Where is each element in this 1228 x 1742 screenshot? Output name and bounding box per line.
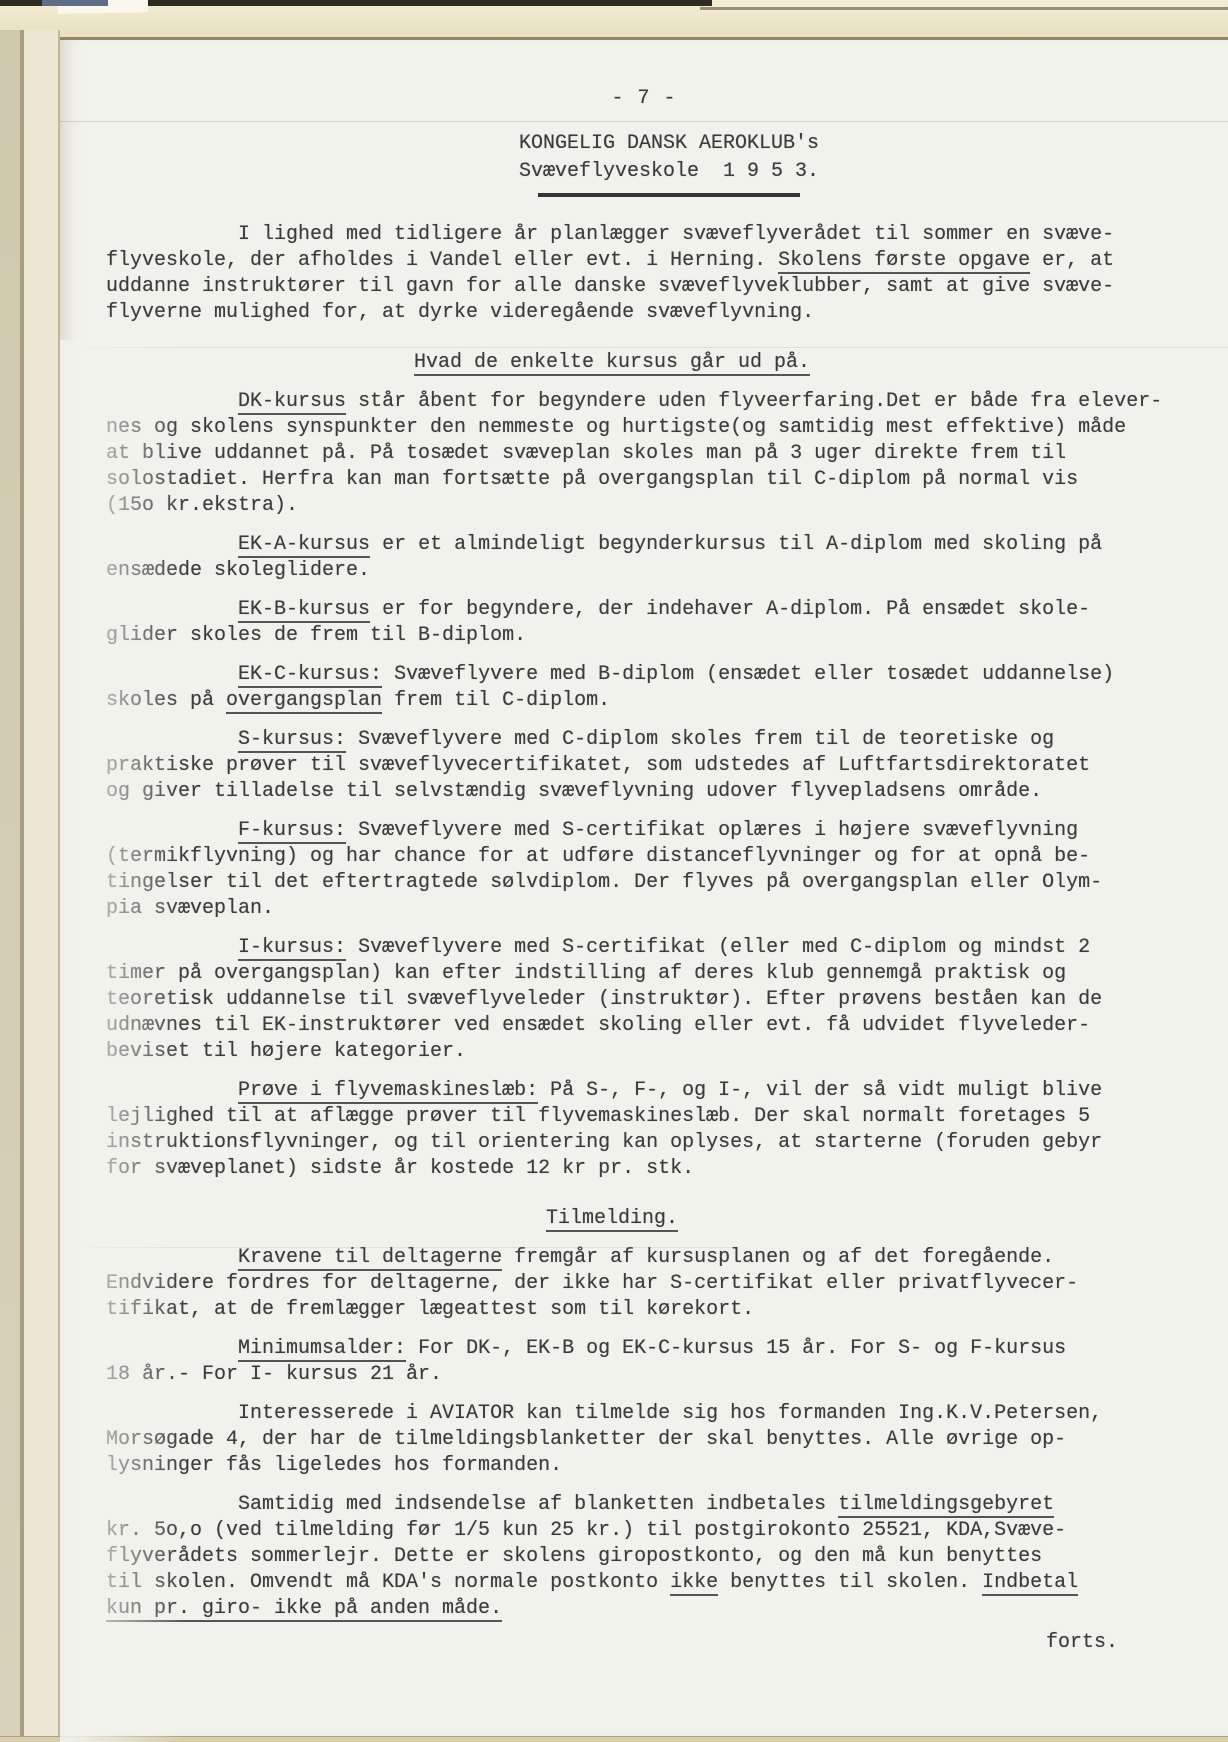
text-segment: Samtidig med indsendelse af blanketten i…: [106, 1493, 838, 1516]
text-line: praktiske prøver til svæveflyvecertifika…: [106, 753, 1178, 779]
underlined-text: EK-A-kursus: [238, 533, 370, 558]
paragraph: Prøve i flyvemaskineslæb: På S-, F-, og …: [106, 1078, 1178, 1182]
text-segment: [106, 936, 238, 959]
underlined-text: S-kursus:: [238, 728, 346, 753]
text-segment: teoretisk uddannelse til svæveflyveleder…: [106, 988, 1102, 1011]
text-line: flyverne mulighed for, at dyrke videregå…: [106, 300, 1178, 326]
paragraph: Interesserede i AVIATOR kan tilmelde sig…: [106, 1401, 1178, 1479]
document-subtitle: Svæveflyveskole 1 9 5 3.: [110, 158, 1228, 186]
text-segment: forts.: [1046, 1631, 1118, 1654]
text-segment: Endvidere fordres for deltagerne, der ik…: [106, 1272, 1078, 1295]
paragraph: Kravene til deltagerne fremgår af kursus…: [106, 1245, 1178, 1323]
text-segment: pia svæveplan.: [106, 897, 274, 920]
text-line: kr. 5o,o (ved tilmelding før 1/5 kun 25 …: [106, 1518, 1178, 1544]
text-segment: Svæveflyvere med S-certifikat oplæres i …: [346, 819, 1078, 842]
paragraph: S-kursus: Svæveflyvere med C-diplom skol…: [106, 727, 1178, 805]
text-segment: til skolen. Omvendt må KDA's normale pos…: [106, 1571, 670, 1594]
paragraph: I-kursus: Svæveflyvere med S-certifikat …: [106, 935, 1178, 1065]
text-segment: flyverne mulighed for, at dyrke videregå…: [106, 301, 814, 324]
text-line: Morsøgade 4, der har de tilmeldingsblank…: [106, 1427, 1178, 1453]
underlined-text: Tilmelding.: [546, 1207, 678, 1232]
text-line: DK-kursus står åbent for begyndere uden …: [106, 389, 1178, 415]
underlined-text: Hvad de enkelte kursus går ud på.: [414, 351, 810, 376]
left-binding-edge: [0, 30, 20, 1742]
paragraph: Minimumsalder: For DK-, EK-B og EK-C-kur…: [106, 1336, 1178, 1388]
text-segment: udnævnes til EK-instruktører ved ensædet…: [106, 1014, 1090, 1037]
top-shadow-line-right: [700, 7, 1228, 10]
text-line: EK-A-kursus er et almindeligt begynderku…: [106, 532, 1178, 558]
text-segment: kr. 5o,o (ved tilmelding før 1/5 kun 25 …: [106, 1519, 1066, 1542]
text-segment: tifikat, at de fremlægger lægeattest som…: [106, 1298, 754, 1321]
text-segment: [106, 819, 238, 842]
text-line: Kravene til deltagerne fremgår af kursus…: [106, 1245, 1178, 1271]
text-line: instruktionsflyvninger, og til orienteri…: [106, 1130, 1178, 1156]
text-segment: uddanne instruktører til gavn for alle d…: [106, 275, 1114, 298]
paragraph: EK-B-kursus er for begyndere, der indeha…: [106, 597, 1178, 649]
text-line: (termikflyvning) og har chance for at ud…: [106, 844, 1178, 870]
text-line: flyveskole, der afholdes i Vandel eller …: [106, 248, 1178, 274]
underlined-text: Indbetal: [982, 1571, 1078, 1596]
text-segment: [106, 728, 238, 751]
text-line: Tilmelding.: [106, 1206, 1118, 1232]
text-line: Minimumsalder: For DK-, EK-B og EK-C-kur…: [106, 1336, 1178, 1362]
text-line: S-kursus: Svæveflyvere med C-diplom skol…: [106, 727, 1178, 753]
text-segment: [106, 1337, 238, 1360]
text-line: og giver tilladelse til selvstændig svæv…: [106, 779, 1178, 805]
section-heading: Tilmelding.: [106, 1206, 1178, 1232]
continuation-marker: forts.: [106, 1630, 1178, 1656]
underlined-text: EK-B-kursus: [238, 598, 370, 623]
text-segment: timer på overgangsplan) kan efter indsti…: [106, 962, 1066, 985]
text-line: beviset til højere kategorier.: [106, 1039, 1178, 1065]
text-segment: står åbent for begyndere uden flyveerfar…: [346, 390, 1162, 413]
page-top-edge: [0, 0, 1228, 40]
text-line: I-kursus: Svæveflyvere med S-certifikat …: [106, 935, 1178, 961]
paragraph: I lighed med tidligere år planlægger svæ…: [106, 222, 1178, 326]
text-line: lysninger fås ligeledes hos formanden.: [106, 1453, 1178, 1479]
text-segment: benyttes til skolen.: [718, 1571, 982, 1594]
text-segment: praktiske prøver til svæveflyvecertifika…: [106, 754, 1090, 777]
underlined-text: ikke: [670, 1571, 718, 1596]
text-line: pia svæveplan.: [106, 896, 1178, 922]
document-body: I lighed med tidligere år planlægger svæ…: [60, 222, 1228, 1656]
text-line: skoles på overgangsplan frem til C-diplo…: [106, 688, 1178, 714]
text-line: kun pr. giro- ikke på anden måde.: [106, 1596, 1178, 1622]
binding-artifact: [42, 0, 108, 6]
text-line: I lighed med tidligere år planlægger svæ…: [106, 222, 1178, 248]
text-line: teoretisk uddannelse til svæveflyveleder…: [106, 987, 1178, 1013]
text-line: udnævnes til EK-instruktører ved ensædet…: [106, 1013, 1178, 1039]
paragraph: EK-A-kursus er et almindeligt begynderku…: [106, 532, 1178, 584]
text-segment: lysninger fås ligeledes hos formanden.: [106, 1454, 562, 1477]
underlined-text: kun pr. giro- ikke på anden måde.: [106, 1597, 502, 1622]
underlined-text: F-kursus:: [238, 819, 346, 844]
text-line: timer på overgangsplan) kan efter indsti…: [106, 961, 1178, 987]
text-line: for svæveplanet) sidste år kostede 12 kr…: [106, 1156, 1178, 1182]
text-line: ensædede skoleglidere.: [106, 558, 1178, 584]
text-segment: skoles på: [106, 689, 226, 712]
underlined-text: Prøve i flyvemaskineslæb:: [238, 1079, 538, 1104]
underlined-text: Kravene til deltagerne: [238, 1246, 502, 1271]
text-segment: beviset til højere kategorier.: [106, 1040, 466, 1063]
document-title: KONGELIG DANSK AEROKLUB's: [110, 130, 1228, 158]
text-line: Samtidig med indsendelse af blanketten i…: [106, 1492, 1178, 1518]
paragraph: EK-C-kursus: Svæveflyvere med B-diplom (…: [106, 662, 1178, 714]
text-line: til skolen. Omvendt må KDA's normale pos…: [106, 1570, 1178, 1596]
text-segment: På S-, F-, og I-, vil der så vidt muligt…: [538, 1079, 1102, 1102]
text-line: 18 år.- For I- kursus 21 år.: [106, 1362, 1178, 1388]
text-line: Hvad de enkelte kursus går ud på.: [106, 350, 1118, 376]
text-segment: Svæveflyvere med B-diplom (ensædet eller…: [382, 663, 1114, 686]
text-segment: [106, 598, 238, 621]
text-segment: Svæveflyvere med C-diplom skoles frem ti…: [346, 728, 1054, 751]
text-segment: [106, 663, 238, 686]
document-header: KONGELIG DANSK AEROKLUB's Svæveflyveskol…: [60, 130, 1228, 197]
text-line: at blive uddannet på. På tosædet svævepl…: [106, 441, 1178, 467]
text-segment: tingelser til det eftertragtede sølvdipl…: [106, 871, 1102, 894]
text-line: solostadiet. Herfra kan man fortsætte på…: [106, 467, 1178, 493]
text-line: forts.: [106, 1630, 1118, 1656]
text-segment: I lighed med tidligere år planlægger svæ…: [106, 223, 1114, 246]
underlined-text: I-kursus:: [238, 936, 346, 961]
text-segment: 18 år.- For I- kursus 21 år.: [106, 1363, 442, 1386]
text-line: EK-C-kursus: Svæveflyvere med B-diplom (…: [106, 662, 1178, 688]
scanned-page: - 7 - KONGELIG DANSK AEROKLUB's Svævefly…: [0, 0, 1228, 1742]
text-segment: og giver tilladelse til selvstændig svæv…: [106, 780, 1042, 803]
text-segment: for svæveplanet) sidste år kostede 12 kr…: [106, 1157, 694, 1180]
text-segment: For DK-, EK-B og EK-C-kursus 15 år. For …: [406, 1337, 1066, 1360]
text-line: Prøve i flyvemaskineslæb: På S-, F-, og …: [106, 1078, 1178, 1104]
text-segment: Interesserede i AVIATOR kan tilmelde sig…: [106, 1402, 1102, 1425]
text-segment: (termikflyvning) og har chance for at ud…: [106, 845, 1090, 868]
text-segment: (15o kr.ekstra).: [106, 494, 298, 517]
underlined-text: tilmeldingsgebyret: [838, 1493, 1054, 1518]
text-segment: nes og skolens synspunkter den nemmeste …: [106, 416, 1126, 439]
text-segment: frem til C-diplom.: [382, 689, 610, 712]
page-bottom-edge: [0, 1736, 1228, 1742]
text-segment: flyverådets sommerlejr. Dette er skolens…: [106, 1545, 1042, 1568]
text-segment: fremgår af kursusplanen og af det foregå…: [502, 1246, 1054, 1269]
underlined-text: overgangsplan: [226, 689, 382, 714]
paragraph: DK-kursus står åbent for begyndere uden …: [106, 389, 1178, 519]
text-segment: er for begyndere, der indehaver A-diplom…: [370, 598, 1090, 621]
text-line: tifikat, at de fremlægger lægeattest som…: [106, 1297, 1178, 1323]
text-line: uddanne instruktører til gavn for alle d…: [106, 274, 1178, 300]
text-segment: [106, 533, 238, 556]
text-line: flyverådets sommerlejr. Dette er skolens…: [106, 1544, 1178, 1570]
text-line: nes og skolens synspunkter den nemmeste …: [106, 415, 1178, 441]
text-segment: [106, 390, 238, 413]
text-segment: Morsøgade 4, der har de tilmeldingsblank…: [106, 1428, 1066, 1451]
text-segment: [106, 1079, 238, 1102]
text-line: tingelser til det eftertragtede sølvdipl…: [106, 870, 1178, 896]
paragraph: Samtidig med indsendelse af blanketten i…: [106, 1492, 1178, 1622]
title-underline: [538, 193, 800, 197]
text-segment: er, at: [1030, 249, 1114, 272]
text-line: F-kursus: Svæveflyvere med S-certifikat …: [106, 818, 1178, 844]
underlined-text: Skolens første opgave: [778, 249, 1030, 274]
paragraph: F-kursus: Svæveflyvere med S-certifikat …: [106, 818, 1178, 922]
page-number: - 7 -: [60, 86, 1228, 112]
section-heading: Hvad de enkelte kursus går ud på.: [106, 350, 1178, 376]
document-page: - 7 - KONGELIG DANSK AEROKLUB's Svævefly…: [60, 37, 1228, 1737]
underlined-text: EK-C-kursus:: [238, 663, 382, 688]
text-segment: er et almindeligt begynderkursus til A-d…: [370, 533, 1102, 556]
left-page-edge: [24, 30, 60, 1742]
text-line: Interesserede i AVIATOR kan tilmelde sig…: [106, 1401, 1178, 1427]
text-segment: ensædede skoleglidere.: [106, 559, 370, 582]
text-segment: flyveskole, der afholdes i Vandel eller …: [106, 249, 778, 272]
text-segment: glider skoles de frem til B-diplom.: [106, 624, 526, 647]
text-segment: [106, 1246, 238, 1269]
text-segment: instruktionsflyvninger, og til orienteri…: [106, 1131, 1102, 1154]
text-segment: lejlighed til at aflægge prøver til flyv…: [106, 1105, 1090, 1128]
text-line: glider skoles de frem til B-diplom.: [106, 623, 1178, 649]
text-line: (15o kr.ekstra).: [106, 493, 1178, 519]
text-line: Endvidere fordres for deltagerne, der ik…: [106, 1271, 1178, 1297]
text-line: lejlighed til at aflægge prøver til flyv…: [106, 1104, 1178, 1130]
text-segment: solostadiet. Herfra kan man fortsætte på…: [106, 468, 1078, 491]
text-line: EK-B-kursus er for begyndere, der indeha…: [106, 597, 1178, 623]
text-segment: Svæveflyvere med S-certifikat (eller med…: [346, 936, 1090, 959]
underlined-text: DK-kursus: [238, 390, 346, 415]
underlined-text: Minimumsalder:: [238, 1337, 406, 1362]
text-segment: at blive uddannet på. På tosædet svævepl…: [106, 442, 1066, 465]
